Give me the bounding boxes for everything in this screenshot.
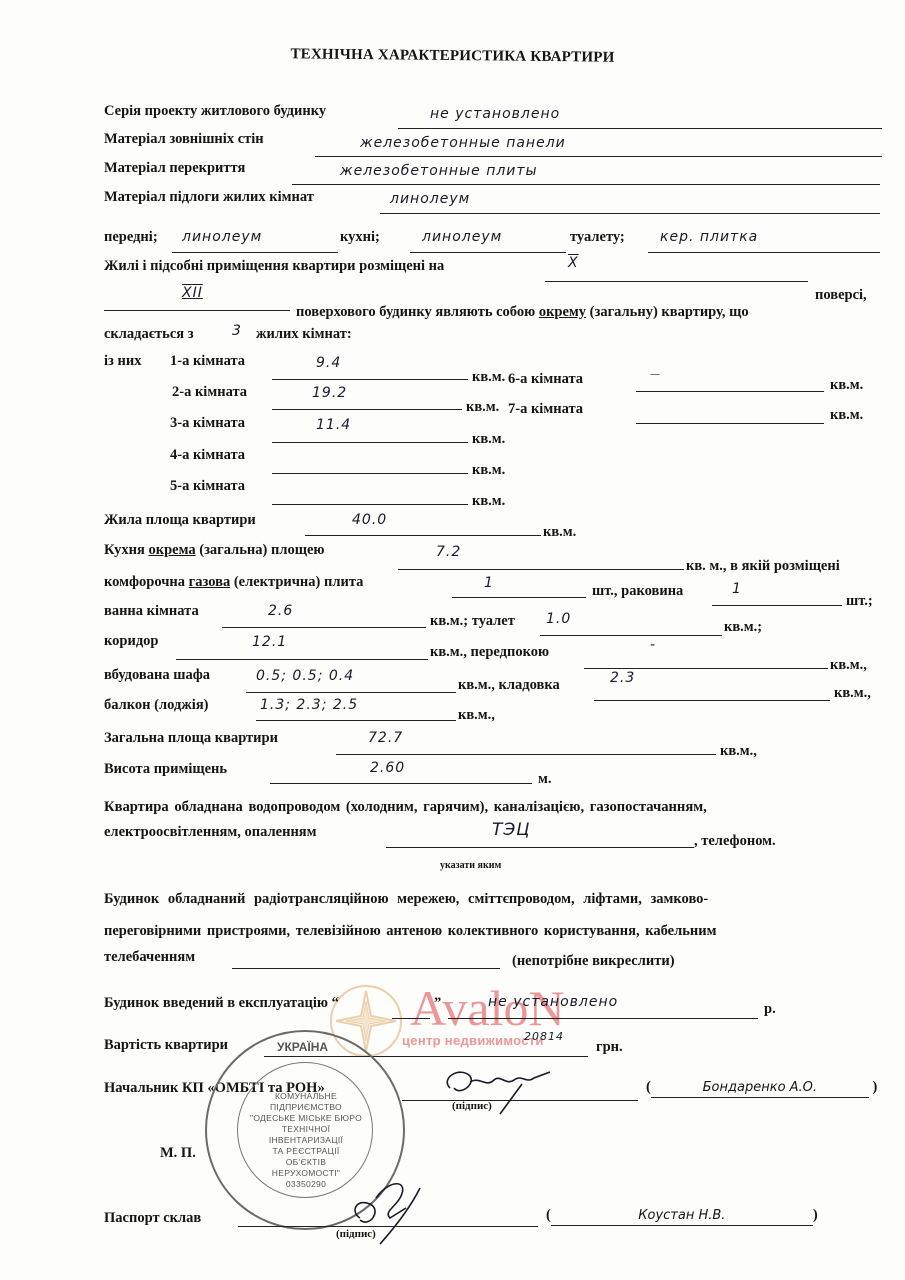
balcony-unit: кв.м.,	[458, 706, 495, 724]
closet-label: вбудована шафа	[104, 666, 210, 684]
consists-label: складається з	[104, 325, 194, 343]
room-2-unit: кв.м.	[466, 398, 499, 416]
corridor-field	[176, 641, 428, 660]
anteroom-field	[584, 650, 828, 669]
cost-value: 20814	[524, 1030, 564, 1043]
height-label: Висота приміщень	[104, 760, 227, 778]
commissioned-day-field	[392, 1000, 430, 1019]
floor-number-field	[545, 263, 808, 282]
hall-value: линолеум	[182, 229, 262, 245]
kitchen-area-rest: (загальна) площею	[199, 542, 324, 558]
head-name-value: Бондаренко А.О.	[651, 1079, 869, 1098]
room-5-unit: кв.м.	[472, 492, 505, 510]
kitchen-value: линолеум	[422, 229, 502, 245]
commissioned-quote: ”	[434, 994, 441, 1012]
storeys-text-2: (загальну) квартиру, що	[590, 304, 749, 320]
room-6-label: 6-а кімната	[508, 370, 583, 388]
stamp-line: ТЕХНІЧНОЇ	[238, 1124, 374, 1135]
stove-prefix: комфорочна	[104, 574, 185, 590]
floor-number-value: X	[568, 255, 579, 271]
height-value: 2.60	[370, 760, 405, 776]
living-area-unit: кв.м.	[543, 523, 576, 541]
commissioned-value: не установлено	[488, 994, 618, 1010]
stove-rest: (електрична) плита	[234, 574, 364, 590]
storage-value: 2.3	[610, 670, 635, 686]
technical-passport-page: ТЕХНІЧНА ХАРАКТЕРИСТИКА КВАРТИРИ Серія п…	[0, 0, 905, 1280]
heating-field	[386, 829, 694, 848]
cost-label: Вартість квартири	[104, 1036, 228, 1054]
room-1-unit: кв.м.	[472, 368, 505, 386]
head-name-field: (Бондаренко А.О. )	[646, 1078, 877, 1098]
room-6-unit: кв.м.	[830, 376, 863, 394]
walls-label: Матеріал зовнішніх стін	[104, 130, 264, 148]
height-unit: м.	[538, 770, 552, 788]
room-6-value: —	[650, 369, 661, 380]
room-1-value: 9.4	[316, 355, 341, 371]
compiled-label: Паспорт склав	[104, 1209, 201, 1227]
stamp-line: ТА РЕЄСТРАЦІЇ	[238, 1146, 374, 1157]
storage-unit: кв.м.,	[834, 684, 871, 702]
document-title: ТЕХНІЧНА ХАРАКТЕРИСТИКА КВАРТИРИ	[0, 43, 905, 69]
anteroom-unit: кв.м.,	[830, 656, 867, 674]
anteroom-label: кв.м., передпокою	[430, 643, 549, 661]
sink-label: шт., раковина	[592, 582, 683, 600]
series-label: Серія проекту житлового будинку	[104, 102, 326, 120]
commissioned-label: Будинок введений в експлуатацію “	[104, 994, 339, 1012]
room-1-label: 1-а кімната	[170, 352, 245, 370]
sink-unit: шт.;	[846, 592, 873, 610]
specify-hint: указати яким	[440, 860, 501, 871]
room-5-field	[272, 486, 468, 505]
compiler-name-field: (Коустан Н.В.)	[546, 1206, 818, 1226]
walls-value: железобетонные панели	[360, 135, 566, 151]
head-signature-caption: (підпис)	[452, 1100, 492, 1112]
phone-suffix: , телефоном.	[694, 832, 776, 850]
kitchen-area-text: Кухня окрема (загальна) площею	[104, 541, 324, 559]
located-label: Жилі і підсобні приміщення квартири розм…	[104, 257, 444, 275]
floor-value: линолеум	[390, 191, 470, 207]
compiler-name-value: Коустан Н.В.	[551, 1207, 813, 1226]
room-5-label: 5-а кімната	[170, 477, 245, 495]
room-3-field	[272, 424, 468, 443]
stamp-line: КОМУНАЛЬНЕ	[238, 1091, 374, 1102]
room-6-field	[636, 373, 824, 392]
living-area-label: Жила площа квартири	[104, 511, 256, 529]
balcony-label: балкон (лоджія)	[104, 696, 209, 714]
room-7-label: 7-а кімната	[508, 400, 583, 418]
room-7-field	[636, 405, 824, 424]
bathroom-value: 2.6	[268, 603, 293, 619]
room-3-value: 11.4	[316, 417, 351, 433]
kitchen-separate: окрема	[148, 542, 195, 558]
stamp-ring-top: УКРАЇНА	[277, 1040, 328, 1054]
cable-tv-field	[232, 950, 500, 969]
stamp-line: ОБ'ЄКТІВ	[238, 1157, 374, 1168]
storage-label: кв.м., кладовка	[458, 676, 560, 694]
room-4-label: 4-а кімната	[170, 446, 245, 464]
rooms-suffix: жилих кімнат:	[256, 325, 352, 343]
series-value: не установлено	[430, 106, 560, 122]
total-area-label: Загальна площа квартири	[104, 729, 278, 747]
total-area-value: 72.7	[368, 730, 403, 746]
living-area-field	[305, 517, 541, 536]
closet-value: 0.5; 0.5; 0.4	[256, 668, 354, 684]
kitchen-area-label: Кухня	[104, 542, 145, 558]
of-them-label: із них	[104, 352, 141, 370]
room-1-field	[272, 361, 468, 380]
room-2-value: 19.2	[312, 385, 347, 401]
total-area-unit: кв.м.,	[720, 742, 757, 760]
living-area-value: 40.0	[352, 512, 387, 528]
ceiling-label: Матеріал перекриття	[104, 159, 245, 177]
floor-suffix: поверсі,	[815, 286, 867, 304]
separate-underlined: окрему	[539, 304, 586, 320]
building-line-2: переговірними пристроями, телевізійною а…	[104, 922, 717, 940]
room-2-field	[272, 391, 462, 410]
storeys-value: XII	[182, 285, 203, 301]
stamp-line: "ОДЕСЬКЕ МІСЬКЕ БЮРО	[238, 1113, 374, 1124]
kitchen-area-suffix: кв. м., в якій розміщені	[686, 557, 840, 575]
strike-note: (непотрібне викреслити)	[512, 952, 675, 970]
anteroom-value: -	[650, 637, 656, 653]
room-count-value: 3	[232, 323, 242, 339]
corridor-value: 12.1	[252, 634, 287, 650]
balcony-value: 1.3; 2.3; 2.5	[260, 697, 358, 713]
floor-label: Матеріал підлоги жилих кімнат	[104, 188, 314, 206]
kitchen-area-value: 7.2	[436, 544, 461, 560]
room-2-label: 2-а кімната	[172, 383, 247, 401]
commissioned-year: р.	[764, 1000, 776, 1018]
ceiling-value: железобетонные плиты	[340, 163, 538, 179]
room-4-unit: кв.м.	[472, 461, 505, 479]
stove-count-field	[452, 579, 586, 598]
hall-label: передні;	[104, 228, 158, 246]
room-7-unit: кв.м.	[830, 406, 863, 424]
toilet-value: кер. плитка	[660, 229, 758, 245]
toilet-area-label: кв.м.; туалет	[430, 612, 515, 630]
storeys-text-1: поверхового будинку являють собою	[296, 304, 535, 320]
seal-place-label: М. П.	[160, 1144, 196, 1162]
toilet-area-unit: кв.м.;	[724, 618, 762, 636]
room-3-unit: кв.м.	[472, 430, 505, 448]
stove-gas: газова	[189, 574, 231, 590]
sink-count-value: 1	[732, 581, 742, 597]
bathroom-label: ванна кімната	[104, 602, 199, 620]
building-line-1: Будинок обладнаний радіотрансляційною ме…	[104, 890, 708, 908]
stamp-line: ПІДПРИЄМСТВО	[238, 1102, 374, 1113]
storeys-text: поверхового будинку являють собою окрему…	[296, 303, 749, 321]
building-line-3: телебаченням	[104, 948, 195, 966]
heating-value: ТЭЦ	[492, 820, 530, 840]
compiler-signature-caption: (підпис)	[336, 1228, 376, 1240]
head-signature	[430, 1058, 570, 1118]
stove-count-value: 1	[484, 575, 494, 591]
kitchen-label: кухні;	[340, 228, 380, 246]
stove-text: комфорочна газова (електрична) плита	[104, 573, 363, 591]
equipped-line-1: Квартира обладнана водопроводом (холодни…	[104, 798, 707, 816]
room-3-label: 3-а кімната	[170, 414, 245, 432]
equipped-line-2: електроосвітленням, опаленням	[104, 823, 317, 841]
room-4-field	[272, 455, 468, 474]
corridor-label: коридор	[104, 632, 158, 650]
stamp-line: ІНВЕНТАРИЗАЦІЇ	[238, 1135, 374, 1146]
cost-currency: грн.	[596, 1038, 623, 1056]
bathroom-field	[222, 609, 426, 628]
toilet-area-value: 1.0	[546, 611, 571, 627]
toilet-label: туалету;	[570, 228, 625, 246]
